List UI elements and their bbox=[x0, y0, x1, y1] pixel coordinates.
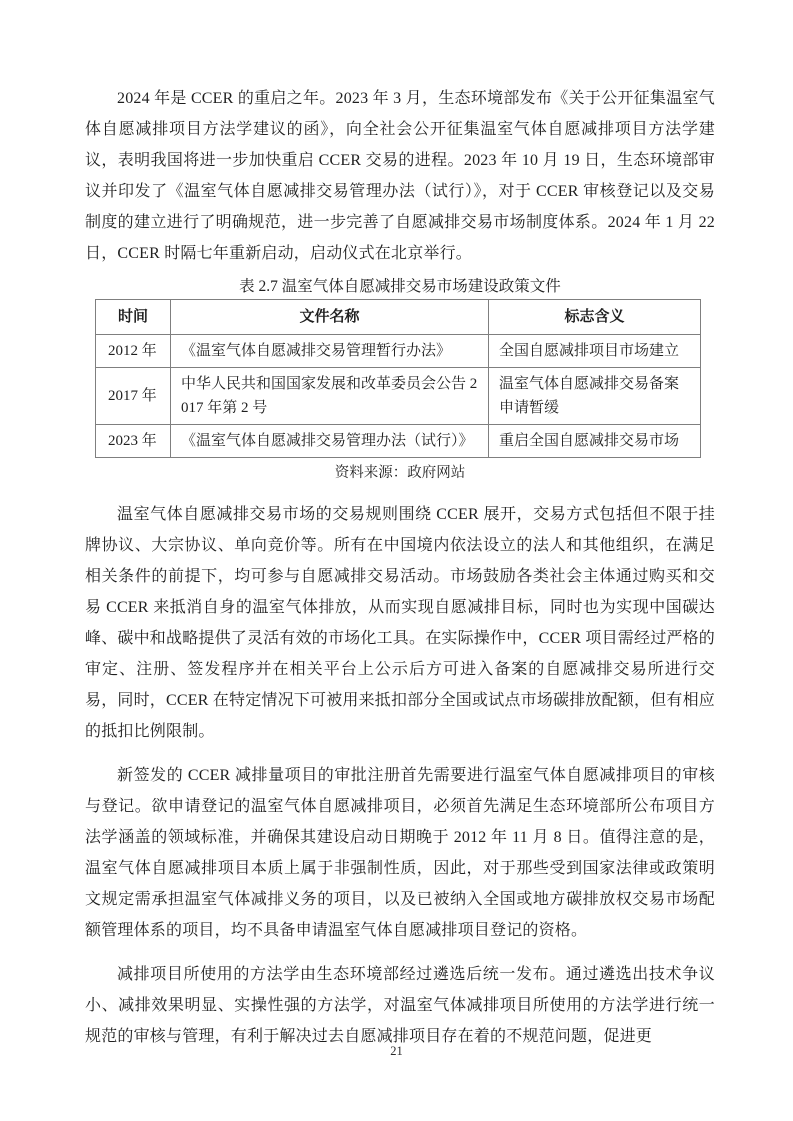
body-paragraph-2: 温室气体自愿减排交易市场的交易规则围绕 CCER 展开，交易方式包括但不限于挂牌… bbox=[85, 499, 715, 747]
policy-table: 时间 文件名称 标志含义 2012 年 《温室气体自愿减排交易管理暂行办法》 全… bbox=[95, 299, 701, 458]
table-cell-meaning: 重启全国自愿减排交易市场 bbox=[489, 425, 701, 458]
body-paragraph-3: 新签发的 CCER 减排量项目的审批注册首先需要进行温室气体自愿减排项目的审核与… bbox=[85, 760, 715, 946]
table-cell-meaning: 温室气体自愿减排交易备案申请暂缓 bbox=[489, 368, 701, 425]
table-cell-time: 2023 年 bbox=[96, 425, 171, 458]
table-caption: 表 2.7 温室气体自愿减排交易市场建设政策文件 bbox=[85, 275, 715, 299]
table-row: 2023 年 《温室气体自愿减排交易管理办法（试行）》 重启全国自愿减排交易市场 bbox=[96, 425, 701, 458]
document-page: 2024 年是 CCER 的重启之年。2023 年 3 月，生态环境部发布《关于… bbox=[0, 0, 793, 1121]
table-cell-time: 2017 年 bbox=[96, 368, 171, 425]
body-paragraph-4: 减排项目所使用的方法学由生态环境部经过遴选后统一发布。通过遴选出技术争议小、减排… bbox=[85, 959, 715, 1052]
table-header-row: 时间 文件名称 标志含义 bbox=[96, 300, 701, 335]
table-cell-doc-name: 中华人民共和国国家发展和改革委员会公告 2017 年第 2 号 bbox=[171, 368, 489, 425]
page-number: 21 bbox=[0, 1044, 793, 1059]
table-row: 2012 年 《温室气体自愿减排交易管理暂行办法》 全国自愿减排项目市场建立 bbox=[96, 335, 701, 368]
table-cell-doc-name: 《温室气体自愿减排交易管理办法（试行）》 bbox=[171, 425, 489, 458]
table-source-note: 资料来源：政府网站 bbox=[85, 463, 715, 483]
page-content: 2024 年是 CCER 的重启之年。2023 年 3 月，生态环境部发布《关于… bbox=[85, 83, 715, 1052]
table-row: 2017 年 中华人民共和国国家发展和改革委员会公告 2017 年第 2 号 温… bbox=[96, 368, 701, 425]
table-header-time: 时间 bbox=[96, 300, 171, 335]
table-cell-doc-name: 《温室气体自愿减排交易管理暂行办法》 bbox=[171, 335, 489, 368]
body-paragraph-1: 2024 年是 CCER 的重启之年。2023 年 3 月，生态环境部发布《关于… bbox=[85, 83, 715, 269]
table-cell-meaning: 全国自愿减排项目市场建立 bbox=[489, 335, 701, 368]
table-header-meaning: 标志含义 bbox=[489, 300, 701, 335]
table-cell-time: 2012 年 bbox=[96, 335, 171, 368]
table-header-doc-name: 文件名称 bbox=[171, 300, 489, 335]
